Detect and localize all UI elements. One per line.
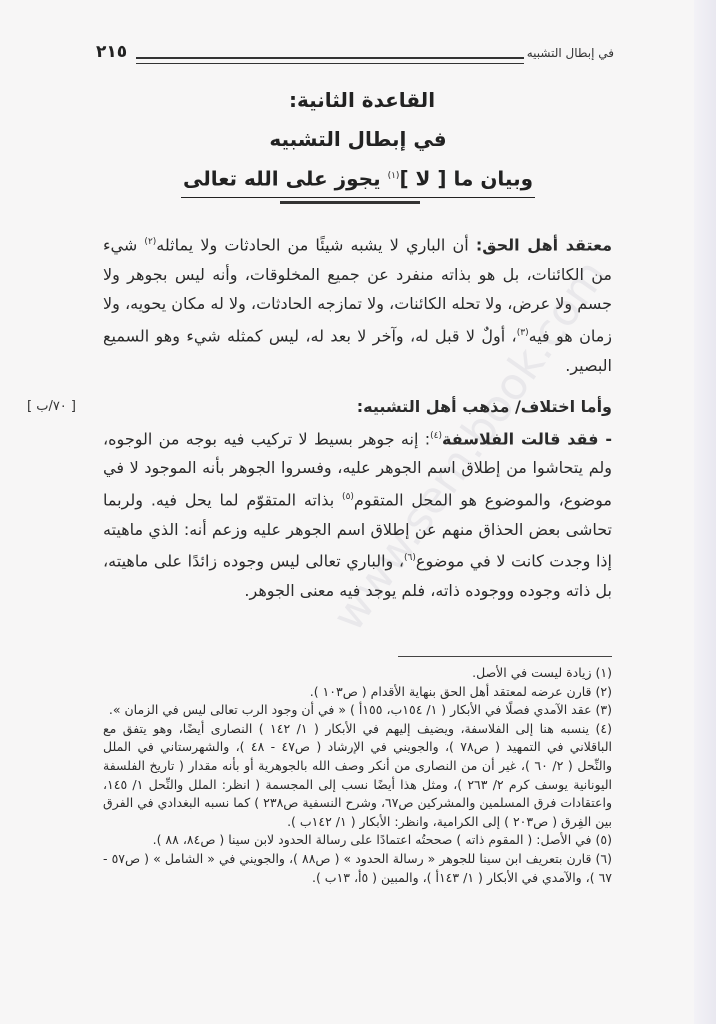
- footnote: (١) زيادة ليست في الأصل.: [103, 664, 612, 683]
- main-text: معتقد أهل الحق: أن الباري لا يشبه شيئًا …: [103, 228, 612, 606]
- chapter-title: القاعدة الثانية:: [0, 82, 716, 121]
- footnote-ref[interactable]: (٦): [404, 553, 416, 563]
- footnote: (٢) قارن عرضه لمعتقد أهل الحق بنهاية الأ…: [103, 683, 612, 702]
- footnote: (٣) عقد الآمدي فصلًا في الأبكار ( ١/ ١٥٤…: [103, 701, 612, 720]
- footnote-ref[interactable]: (١): [388, 171, 400, 181]
- text: أن الباري لا يشبه شيئًا من الحادثات ولا …: [156, 235, 476, 254]
- footnote: (٥) في الأصل: ( المقوم ذاته ) صححتُه اعت…: [103, 831, 612, 850]
- footnote-ref[interactable]: (٤): [430, 431, 442, 441]
- footnote-ref[interactable]: (٥): [342, 492, 354, 502]
- paragraph: - فقد قالت الفلاسفة(٤): إنه جوهر بسيط لا…: [103, 422, 612, 606]
- footnote-ref[interactable]: (٣): [517, 328, 529, 338]
- subtitle-text: يجوز على الله تعالى: [183, 167, 388, 191]
- chapter-titles: القاعدة الثانية: في إبطال التشبيه وبيان …: [0, 82, 716, 204]
- footnotes: (١) زيادة ليست في الأصل. (٢) قارن عرضه ل…: [103, 664, 612, 887]
- paragraph-lead: - فقد قالت الفلاسفة: [442, 429, 612, 448]
- paragraph-lead: وأما اختلاف/ مذهب أهل التشبيه:: [357, 397, 612, 416]
- footnote-ref[interactable]: (٢): [144, 237, 156, 247]
- running-header: في إبطال التشبيه ٢١٥: [108, 44, 612, 70]
- subtitle-text: وبيان ما [ لا ]: [399, 167, 533, 191]
- header-rule: [136, 57, 524, 64]
- chapter-subtitle-2: وبيان ما [ لا ](١) يجوز على الله تعالى: [181, 160, 535, 198]
- section-heading: وأما اختلاف/ مذهب أهل التشبيه:[ ٧٠/ب ]: [103, 392, 612, 422]
- book-page: www.sem.book.com في إبطال التشبيه ٢١٥ ال…: [0, 0, 716, 1024]
- footnote-separator: [398, 656, 612, 657]
- page-number: ٢١٥: [96, 42, 127, 62]
- paragraph: معتقد أهل الحق: أن الباري لا يشبه شيئًا …: [103, 228, 612, 380]
- footnote: (٤) ينسبه هنا إلى الفلاسفة، ويضيف إليهم …: [103, 720, 612, 832]
- manuscript-folio-mark: [ ٧٠/ب ]: [27, 392, 76, 422]
- paragraph-lead: معتقد أهل الحق:: [476, 235, 612, 254]
- running-title: في إبطال التشبيه: [527, 46, 614, 60]
- title-ornament-rule: [280, 201, 420, 204]
- chapter-subtitle: في إبطال التشبيه: [0, 121, 716, 160]
- footnote: (٦) قارن بتعريف ابن سينا للجوهر « رسالة …: [103, 850, 612, 887]
